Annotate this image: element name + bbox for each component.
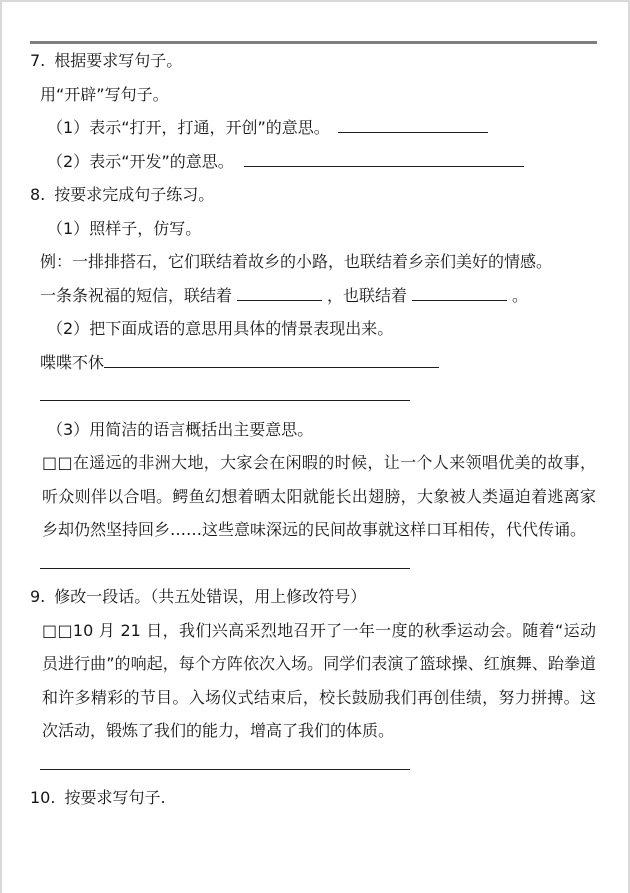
question-8-passage: □□在遥远的非洲大地，大家会在闲暇的时候，让一个人来领唱优美的故事，听众则伴以合…: [2, 446, 596, 547]
question-9-title: 修改一段话。（共五处错误，用上修改符号）: [54, 587, 366, 606]
item-text: 把下面成语的意思用具体的情景表现出来。: [89, 319, 393, 338]
item-label: （2）: [47, 152, 89, 171]
answer-blank: [412, 284, 507, 301]
question-7-number: 7.: [30, 44, 45, 78]
answer-blank: [244, 150, 524, 167]
idiom-label: 喋喋不休: [40, 353, 104, 372]
question-7-intro: 用“开辟”写句子。: [2, 78, 628, 112]
worksheet-page: 7.根据要求写句子。 用“开辟”写句子。 （1）表示“打开，打通，开创”的意思。…: [0, 0, 630, 893]
question-7-item-2: （2）表示“开发”的意思。: [2, 145, 628, 179]
item-label: （3）: [47, 420, 89, 439]
answer-blank: [40, 552, 410, 569]
question-8-number: 8.: [30, 178, 45, 212]
answer-blank: [237, 284, 322, 301]
answer-blank: [40, 753, 410, 770]
question-9-passage: □□10 月 21 日，我们兴高采烈地召开了一年一度的秋季运动会。随着“运动员进…: [2, 614, 596, 748]
item-label: （1）: [47, 118, 89, 137]
question-7-title: 根据要求写句子。: [54, 51, 182, 70]
item-label: （2）: [47, 319, 89, 338]
question-10-title-row: 10.按要求写句子.: [2, 781, 628, 815]
item-text: 用简洁的语言概括出主要意思。: [89, 420, 313, 439]
question-8-item-3: （3）用简洁的语言概括出主要意思。: [2, 413, 628, 447]
item-text: 表示“开发”的意思。: [89, 152, 234, 171]
question-7-title-row: 7.根据要求写句子。: [2, 44, 628, 78]
answer-blank: [338, 116, 488, 133]
fill-text-mid: ，也联结着: [327, 286, 407, 305]
question-8-title-row: 8.按要求完成句子练习。: [2, 178, 628, 212]
answer-line: [2, 379, 628, 413]
question-10-number: 10.: [30, 781, 55, 815]
question-8-item-1: （1）照样子，仿写。: [2, 212, 628, 246]
question-8-idiom-row: 喋喋不休: [2, 346, 628, 380]
item-label: （1）: [47, 219, 89, 238]
question-10-title: 按要求写句子.: [64, 788, 165, 807]
answer-blank: [40, 384, 410, 401]
question-8-example: 例：一排排搭石，它们联结着故乡的小路，也联结着乡亲们美好的情感。: [2, 245, 628, 279]
question-8-title: 按要求完成句子练习。: [54, 185, 214, 204]
answer-line: [2, 547, 628, 581]
item-text: 照样子，仿写。: [89, 219, 201, 238]
question-9-number: 9.: [30, 580, 45, 614]
question-8-fill-row: 一条条祝福的短信，联结着，也联结着。: [2, 279, 628, 313]
question-9-title-row: 9.修改一段话。（共五处错误，用上修改符号）: [2, 580, 628, 614]
item-text: 表示“打开，打通，开创”的意思。: [89, 118, 330, 137]
fill-text-pre: 一条条祝福的短信，联结着: [40, 286, 232, 305]
question-7-item-1: （1）表示“打开，打通，开创”的意思。: [2, 111, 628, 145]
fill-text-end: 。: [512, 286, 528, 305]
question-8-item-2: （2）把下面成语的意思用具体的情景表现出来。: [2, 312, 628, 346]
answer-blank: [104, 351, 439, 368]
answer-line: [2, 748, 628, 782]
